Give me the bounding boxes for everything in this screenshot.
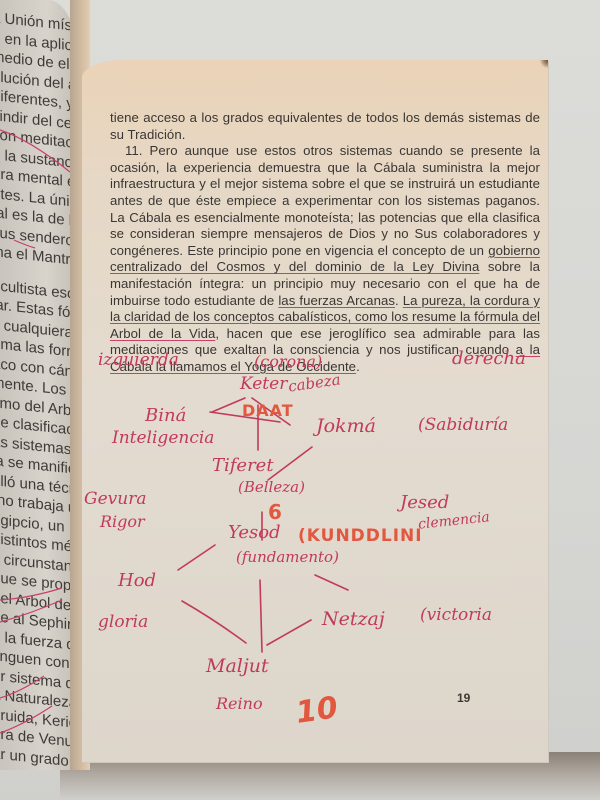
note-rigor: Rigor <box>100 512 145 531</box>
note-yesod: Yesod <box>228 522 281 543</box>
note-number-10: 10 <box>294 690 340 730</box>
note-victoria: (victoria <box>420 605 492 625</box>
note-number-6: 6 <box>268 500 282 524</box>
body-text: tiene acceso a los grados equivalentes d… <box>110 110 540 376</box>
paragraph-11: 11. Pero aunque use estos otros sistemas… <box>110 143 540 375</box>
note-hod: Hod <box>118 570 156 591</box>
note-gevura: Gevura <box>84 489 146 509</box>
note-gloria: gloria <box>98 612 148 632</box>
note-reino: Reino <box>216 694 263 713</box>
note-keter: Keter <box>240 374 287 394</box>
underlined-phrase: las fuerzas Arcanas <box>278 293 395 308</box>
note-netzaj: Netzaj <box>322 608 385 630</box>
note-derecha: derecha <box>452 348 526 369</box>
left-page-text: a Unión mística e en la aplicación medio… <box>0 8 78 770</box>
note-daat: DAAT <box>242 401 294 420</box>
note-bina: Biná <box>145 405 186 426</box>
page-number: 19 <box>457 691 470 705</box>
text-run: . <box>395 293 403 308</box>
page-corner-stain <box>540 60 548 68</box>
left-page: a Unión mística e en la aplicación medio… <box>0 0 78 770</box>
note-belleza: (Belleza) <box>238 478 305 496</box>
note-izquierda: izquierda <box>98 350 179 370</box>
note-tiferet: Tiferet <box>212 455 274 476</box>
note-fundamento: (fundamento) <box>236 548 339 566</box>
text-run: . <box>356 359 360 374</box>
text-run: 11. Pero aunque use estos otros sistemas… <box>110 143 540 258</box>
note-sabiduria: (Sabiduría <box>418 415 508 435</box>
note-kundalini: (KUNDDLINI <box>298 526 423 546</box>
note-corona: (corona) <box>254 352 322 371</box>
note-jokma: Jokmá <box>316 415 376 437</box>
note-inteligencia: Inteligencia <box>112 428 214 448</box>
note-maljut: Maljut <box>206 655 269 677</box>
paragraph-continuation: tiene acceso a los grados equivalentes d… <box>110 110 540 143</box>
note-jesed: Jesed <box>400 492 449 513</box>
